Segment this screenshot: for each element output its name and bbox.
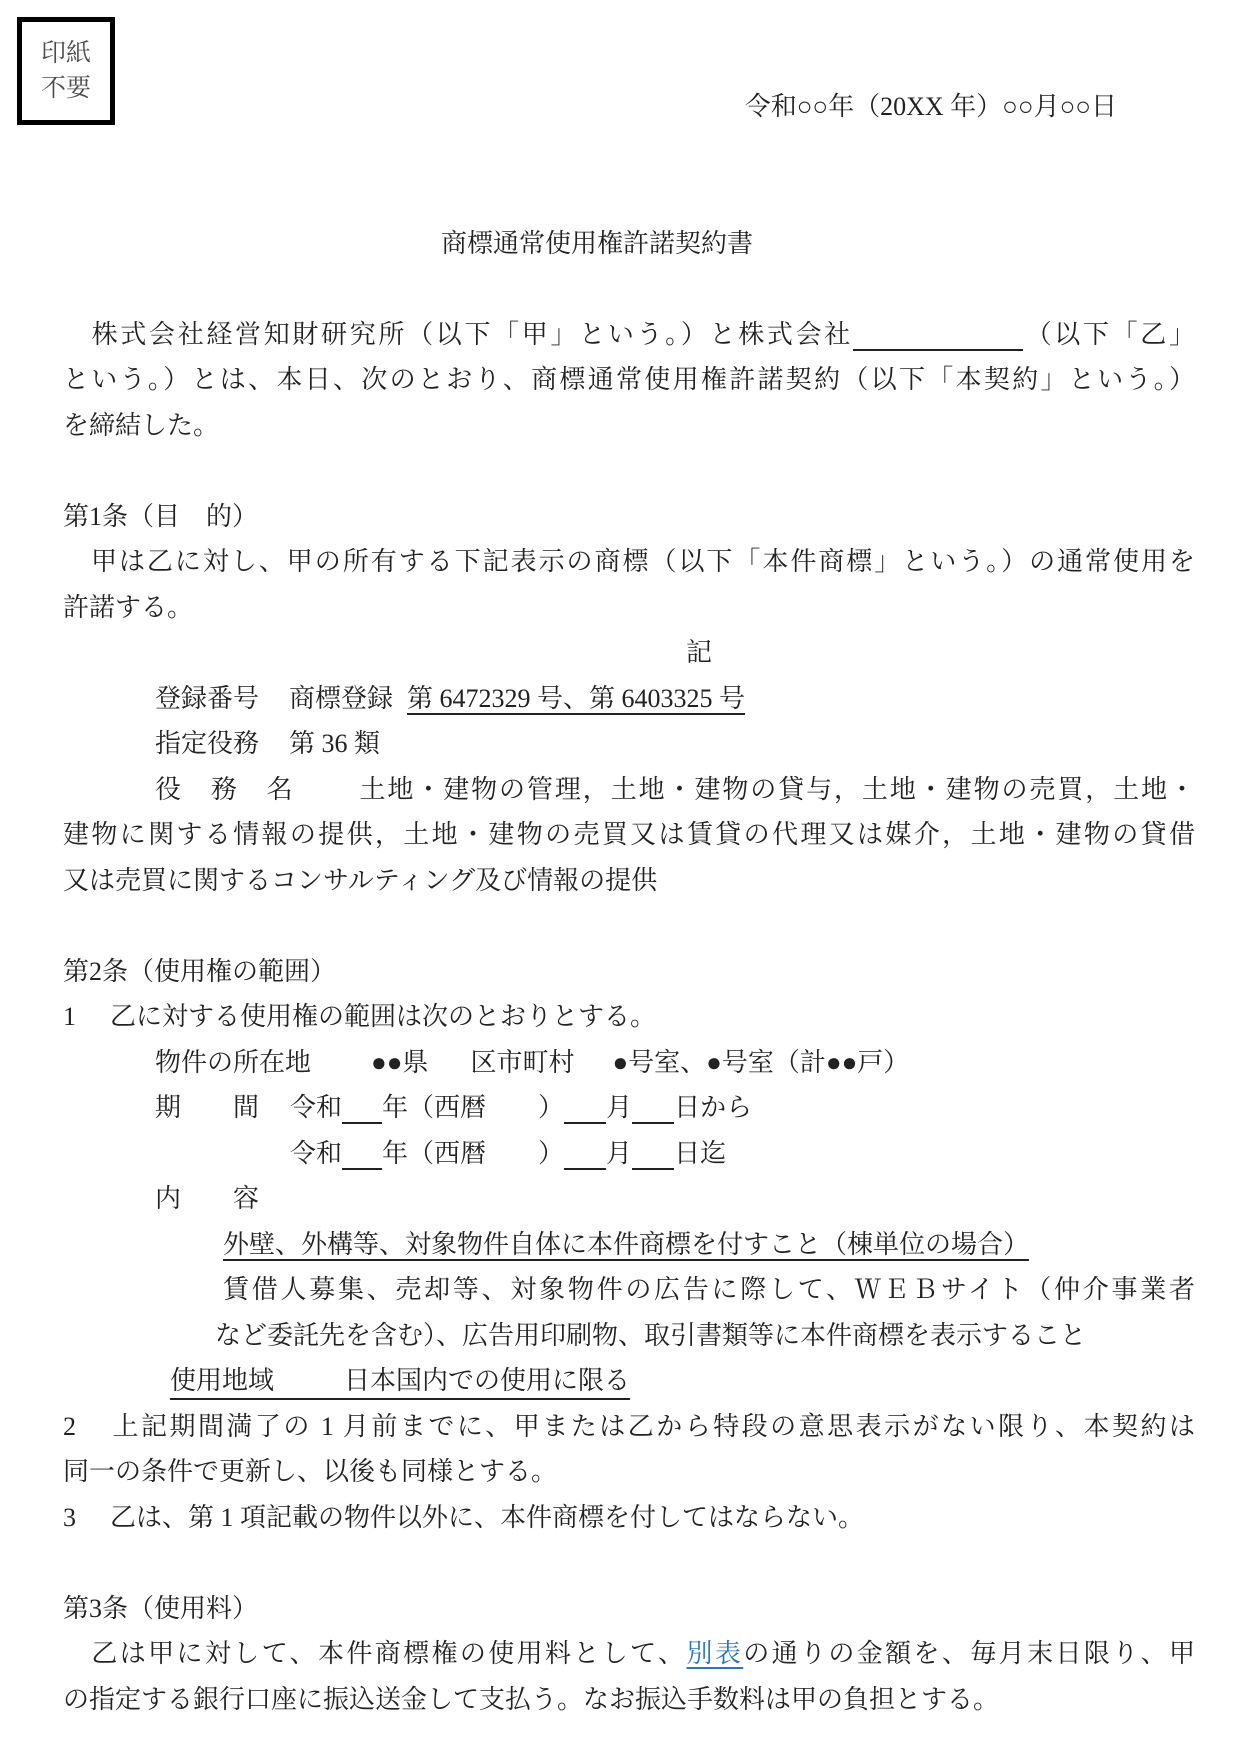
spacer [63, 130, 1195, 176]
service-name-row: 役 務 名土地・建物の管理，土地・建物の貸与，土地・建物の売買，土地・ [63, 767, 1195, 813]
period-from-month-label: 月 [606, 1093, 632, 1122]
stamp-not-required-box: 印紙 不要 [17, 17, 115, 125]
article1-heading: 第1条（目 的） [63, 494, 1195, 540]
period-from-year-label: 年（西暦 [382, 1093, 486, 1122]
spacer [63, 266, 1195, 312]
clause-1-row: 1乙に対する使用権の範囲は次のとおりとする。 [63, 994, 1195, 1040]
clause-2-text-line-1: 上記期間満了の 1 月前までに、甲または乙から特段の意思表示がない限り、本契約は [110, 1412, 1195, 1441]
clause-3-number: 3 [63, 1495, 110, 1541]
period-from-row: 期 間令和年（西暦）月日から [63, 1085, 1195, 1131]
region-label: 使用地域 [170, 1366, 274, 1395]
registration-type-label: 商標登録 [289, 684, 393, 713]
article3-body-pre: 乙は甲に対して、本件商標権の使用料として、 [63, 1639, 686, 1668]
spacer [63, 448, 1195, 494]
region-value: 日本国内での使用に限る [344, 1366, 630, 1395]
preamble-line-1: 株式会社経営知財研究所（以下「甲」という。）と株式会社（以下「乙」 [63, 312, 1195, 358]
note-ki-label: 記 [63, 630, 1195, 676]
property-location-city: 区市町村 [470, 1048, 574, 1077]
property-location-prefecture: ●●県 [371, 1048, 428, 1077]
company-name-blank [853, 321, 1023, 351]
designated-services-label: 指定役務 [155, 729, 259, 758]
service-name-line-3: 又は売買に関するコンサルティング及び情報の提供 [63, 858, 1195, 904]
period-from-paren-close: ） [538, 1093, 564, 1122]
article2-heading: 第2条（使用権の範囲） [63, 949, 1195, 995]
contract-document-page: 印紙 不要 令和○○年（20XX 年）○○月○○日 商標通常使用権許諾契約書 株… [0, 0, 1258, 1737]
clause-2-line-1: 2上記期間満了の 1 月前までに、甲または乙から特段の意思表示がない限り、本契約… [63, 1404, 1195, 1450]
preamble-licensee-text: （以下「乙」 [1023, 320, 1195, 349]
clause-1-number: 1 [63, 994, 110, 1040]
article1-body-line-1: 甲は乙に対し、甲の所有する下記表示の商標（以下「本件商標」という。）の通常使用を [63, 539, 1195, 585]
service-name-line-1: 土地・建物の管理，土地・建物の貸与，土地・建物の売買，土地・ [358, 775, 1195, 804]
document-date: 令和○○年（20XX 年）○○月○○日 [63, 84, 1195, 130]
service-name-label: 役 務 名 [155, 775, 295, 804]
clause-3-row: 3乙は、第 1 項記載の物件以外に、本件商標を付してはならない。 [63, 1495, 1195, 1541]
content-label-row: 内 容 [63, 1176, 1195, 1222]
period-to-month-blank [564, 1140, 606, 1170]
registration-number-row: 登録番号商標登録第 6472329 号、第 6403325 号 [63, 676, 1195, 722]
article3-heading: 第3条（使用料） [63, 1586, 1195, 1632]
content-line-1: 外壁、外構等、対象物件自体に本件商標を付すこと（棟単位の場合） [63, 1222, 1195, 1268]
period-to-paren-close: ） [538, 1139, 564, 1168]
period-label: 期 間 [155, 1093, 259, 1122]
region-underline-group: 使用地域日本国内での使用に限る [170, 1364, 630, 1400]
designated-services-value: 第 36 類 [289, 729, 380, 758]
period-to-month-label: 月 [606, 1139, 632, 1168]
period-from-day-blank [632, 1094, 674, 1124]
period-to-day-label: 日迄 [674, 1139, 726, 1168]
period-from-day-label: 日から [674, 1093, 752, 1122]
article3-body-line-2: の指定する銀行口座に振込送金して支払う。なお振込手数料は甲の負担とする。 [63, 1677, 1195, 1723]
period-from-era: 令和 [290, 1093, 342, 1122]
clause-2-line-2: 同一の条件で更新し、以後も同様とする。 [63, 1449, 1195, 1495]
clause-1-text: 乙に対する使用権の範囲は次のとおりとする。 [110, 1002, 656, 1031]
stamp-not-required-line-1: 印紙 [41, 40, 91, 68]
period-to-year-blank [342, 1140, 382, 1170]
period-to-era: 令和 [290, 1139, 342, 1168]
designated-services-row: 指定役務第 36 類 [63, 721, 1195, 767]
article3-body-post: の通りの金額を、毎月末日限り、甲 [743, 1639, 1195, 1668]
region-row: 使用地域日本国内での使用に限る [63, 1358, 1195, 1404]
content-line-2: 賃借人募集、売却等、対象物件の広告に際して、ＷＥＢサイト（仲介事業者 [63, 1267, 1195, 1313]
period-to-day-blank [632, 1140, 674, 1170]
period-to-row: 令和年（西暦）月日迄 [63, 1131, 1195, 1177]
article3-body-line-1: 乙は甲に対して、本件商標権の使用料として、別表の通りの金額を、毎月末日限り、甲 [63, 1631, 1195, 1677]
article1-body-line-2: 許諾する。 [63, 585, 1195, 631]
document-body: 令和○○年（20XX 年）○○月○○日 商標通常使用権許諾契約書 株式会社経営知… [0, 0, 1258, 1722]
document-title: 商標通常使用権許諾契約書 [63, 221, 1195, 267]
stamp-not-required-line-2: 不要 [41, 75, 91, 103]
content-line-3: など委託先を含む）、広告用印刷物、取引書類等に本件商標を表示すること [63, 1313, 1195, 1359]
registration-numbers-value: 第 6472329 号、第 6403325 号 [407, 684, 745, 713]
period-from-month-blank [564, 1094, 606, 1124]
property-location-rooms: ●号室、●号室（計●●戸） [612, 1048, 909, 1077]
spacer [63, 175, 1195, 221]
property-location-row: 物件の所在地●●県区市町村●号室、●号室（計●●戸） [63, 1040, 1195, 1086]
spacer [63, 1540, 1195, 1586]
appendix-link[interactable]: 別表 [686, 1639, 743, 1668]
content-line-1-text: 外壁、外構等、対象物件自体に本件商標を付すこと（棟単位の場合） [223, 1230, 1029, 1259]
period-to-year-label: 年（西暦 [382, 1139, 486, 1168]
spacer [63, 903, 1195, 949]
clause-3-text: 乙は、第 1 項記載の物件以外に、本件商標を付してはならない。 [110, 1503, 864, 1532]
period-from-year-blank [342, 1094, 382, 1124]
preamble-line-3: を締結した。 [63, 403, 1195, 449]
registration-number-label: 登録番号 [155, 684, 259, 713]
property-location-label: 物件の所在地 [155, 1048, 311, 1077]
clause-2-number: 2 [63, 1404, 110, 1450]
preamble-licensor-text: 株式会社経営知財研究所（以下「甲」という。）と株式会社 [63, 320, 853, 349]
preamble-line-2: という。）とは、本日、次のとおり、商標通常使用権許諾契約（以下「本契約」という。… [63, 357, 1195, 403]
service-name-line-2: 建物に関する情報の提供，土地・建物の売買又は賃貸の代理又は媒介，土地・建物の貸借 [63, 812, 1195, 858]
